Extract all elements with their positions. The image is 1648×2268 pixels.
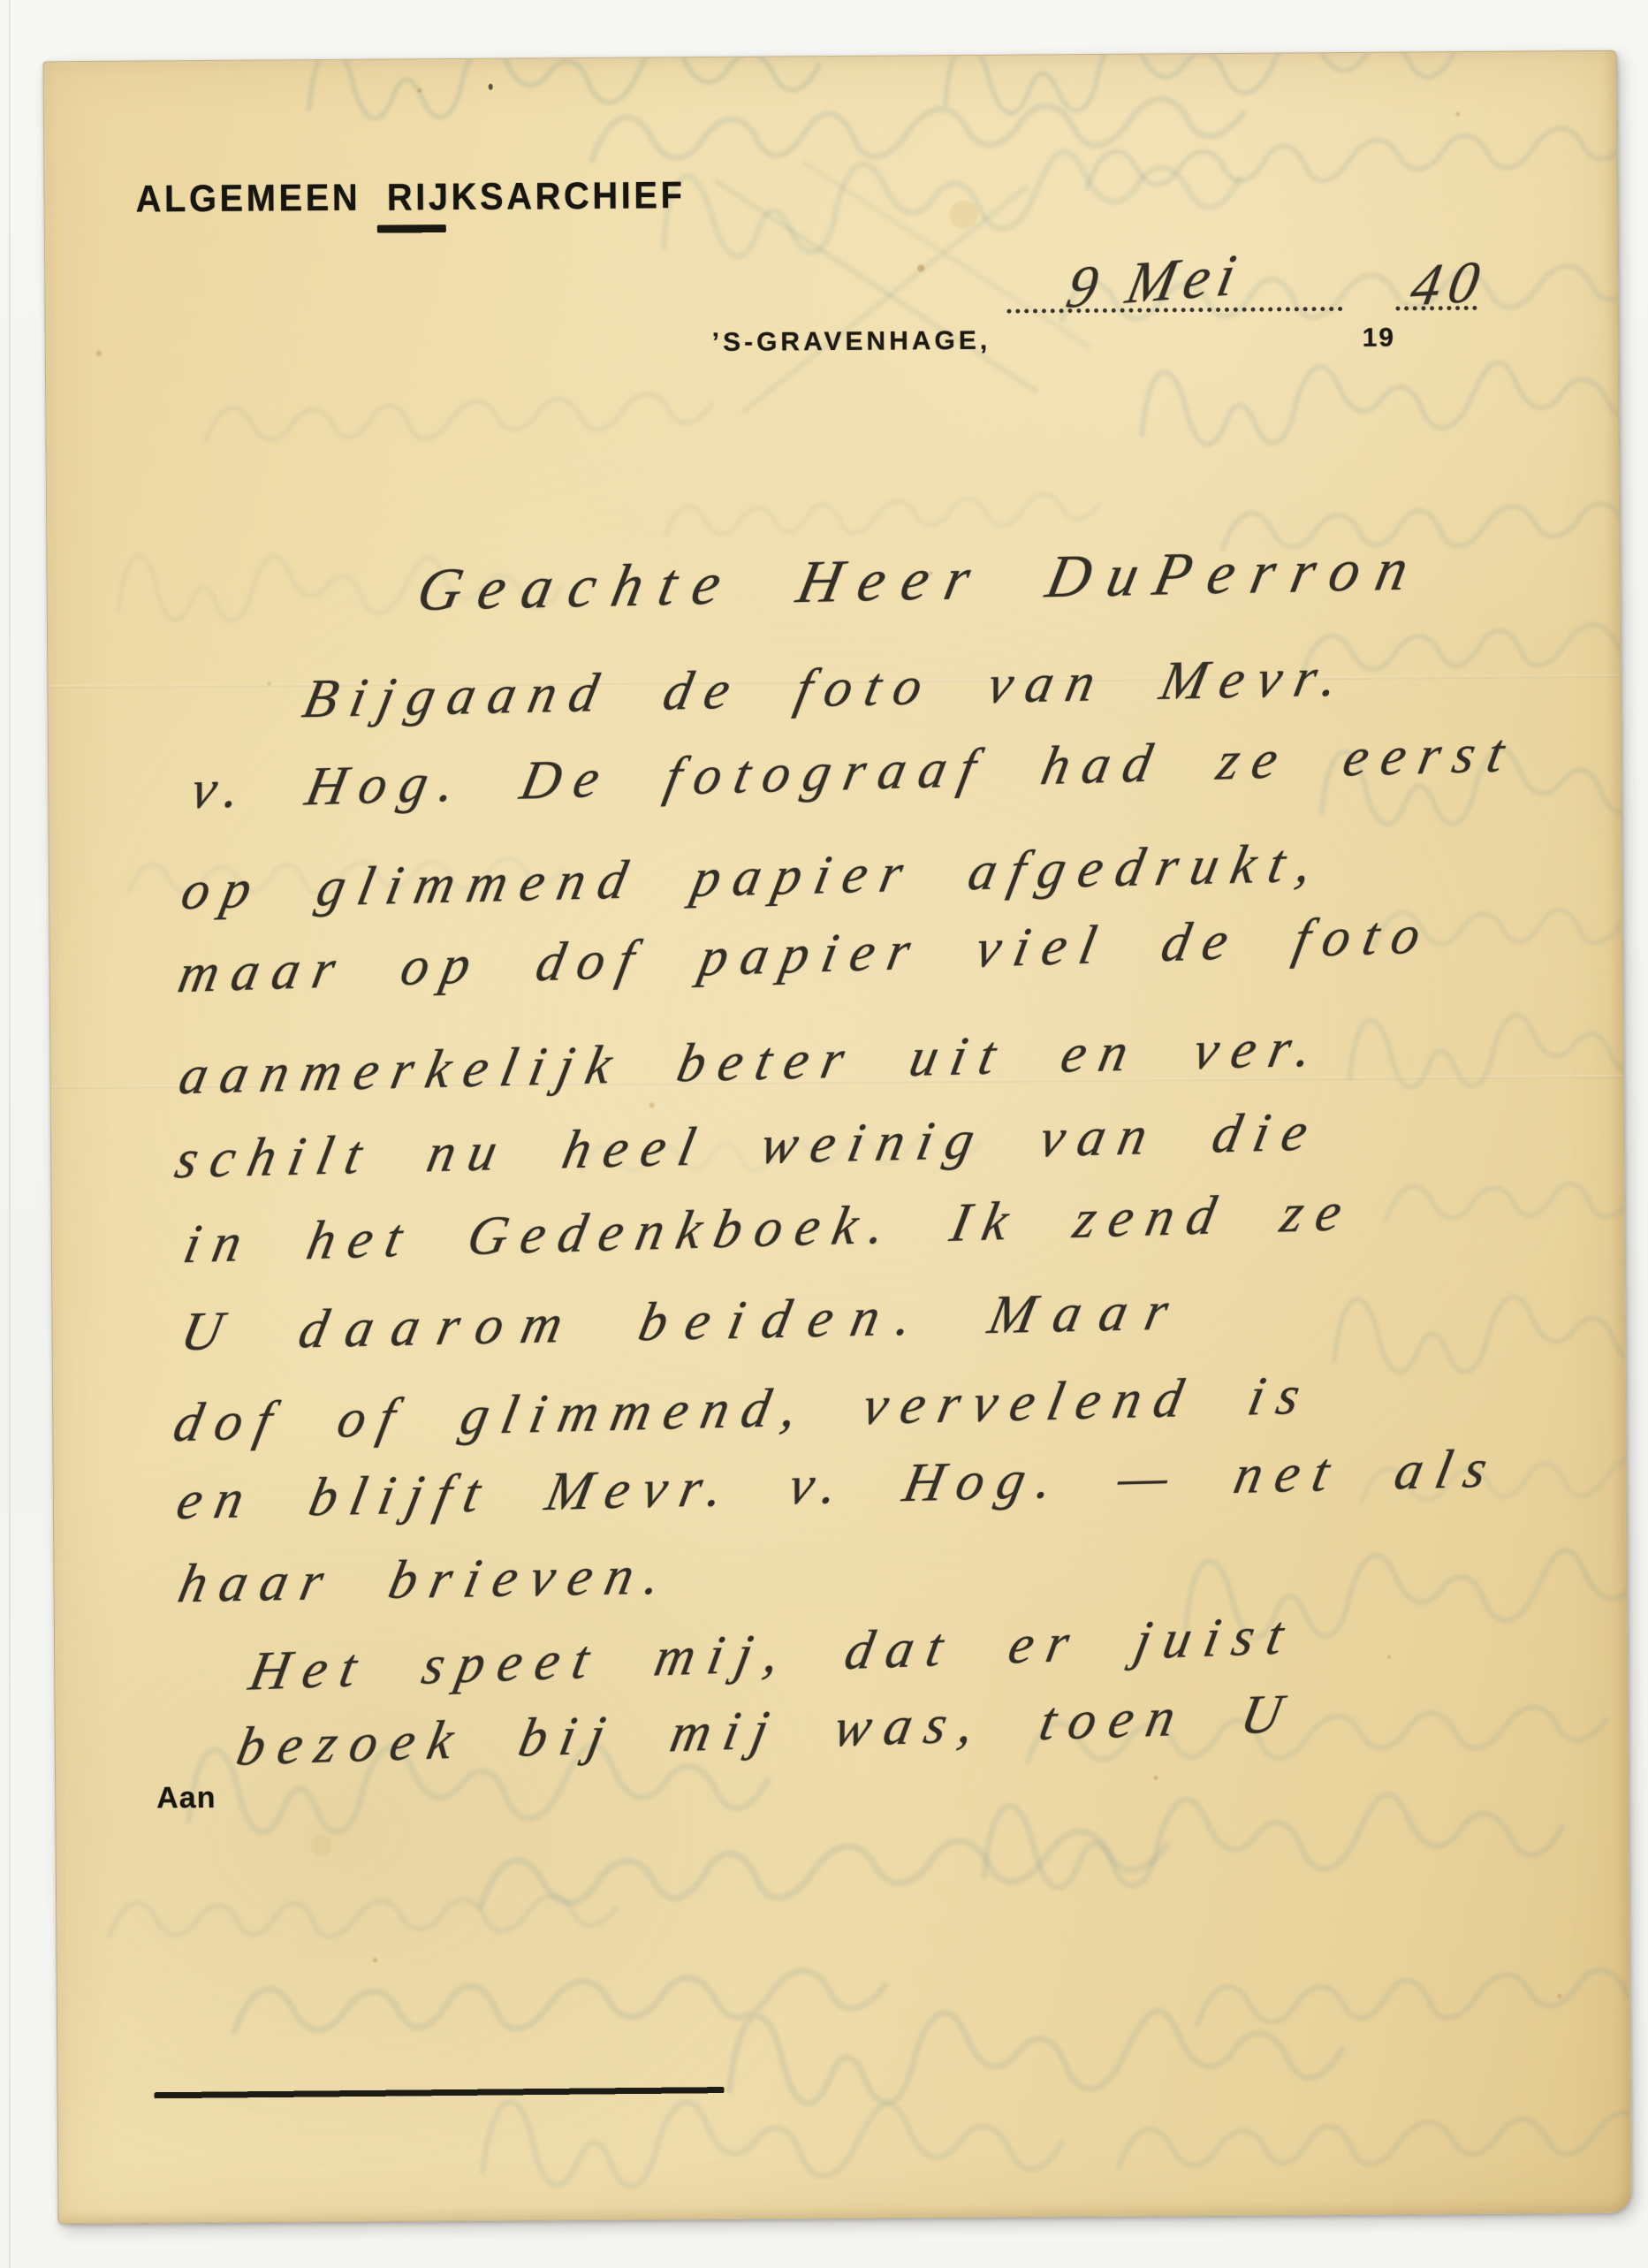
letterhead-title: ALGEMEEN RIJKSARCHIEF	[135, 177, 685, 218]
printed-year-prefix: 19	[1363, 325, 1396, 352]
ink-speck	[489, 84, 493, 90]
handwritten-line: schilt nu heel weinig van die	[171, 1104, 1325, 1187]
handwritten-line: v. Hog. De fotograaf had ze eerst	[186, 726, 1522, 818]
handwritten-date: 9 Mei	[1062, 246, 1249, 318]
handwritten-year: 40	[1407, 253, 1492, 316]
scanner-edge-seam	[9, 0, 11, 2268]
handwritten-line: haar brieven.	[174, 1548, 680, 1611]
letter-page: ALGEMEEN RIJKSARCHIEF ’S-GRAVENHAGE, 9 M…	[42, 50, 1631, 2224]
handwritten-line: in het Gedenkboek. Ik zend ze	[179, 1184, 1359, 1272]
handwritten-line: dof of glimmend, vervelend is	[169, 1368, 1318, 1451]
handwritten-line: aanmerkelijk beter uit en ver.	[175, 1020, 1331, 1103]
handwritten-line: bezoek bij mij was, toen U	[232, 1686, 1300, 1775]
place-name: ’S-GRAVENHAGE,	[712, 328, 991, 356]
handwritten-line: Bijgaand de foto van Mevr.	[299, 650, 1356, 727]
letterhead-underline	[377, 225, 446, 233]
handwritten-line: maar op dof papier viel de foto	[174, 907, 1438, 1001]
handwritten-line: en blijft Mevr. v. Hog. — net als	[172, 1441, 1505, 1528]
addressee-label: Aan	[156, 1783, 216, 1813]
handwritten-line: Geachte Heer DuPerron	[413, 538, 1431, 620]
handwritten-line: Het speet mij, dat er juist	[245, 1608, 1301, 1700]
handwritten-line: op glimmend papier afgedrukt,	[177, 835, 1330, 918]
footer-rule	[155, 2087, 725, 2098]
handwritten-line: U daarom beiden. Maar	[177, 1283, 1192, 1359]
